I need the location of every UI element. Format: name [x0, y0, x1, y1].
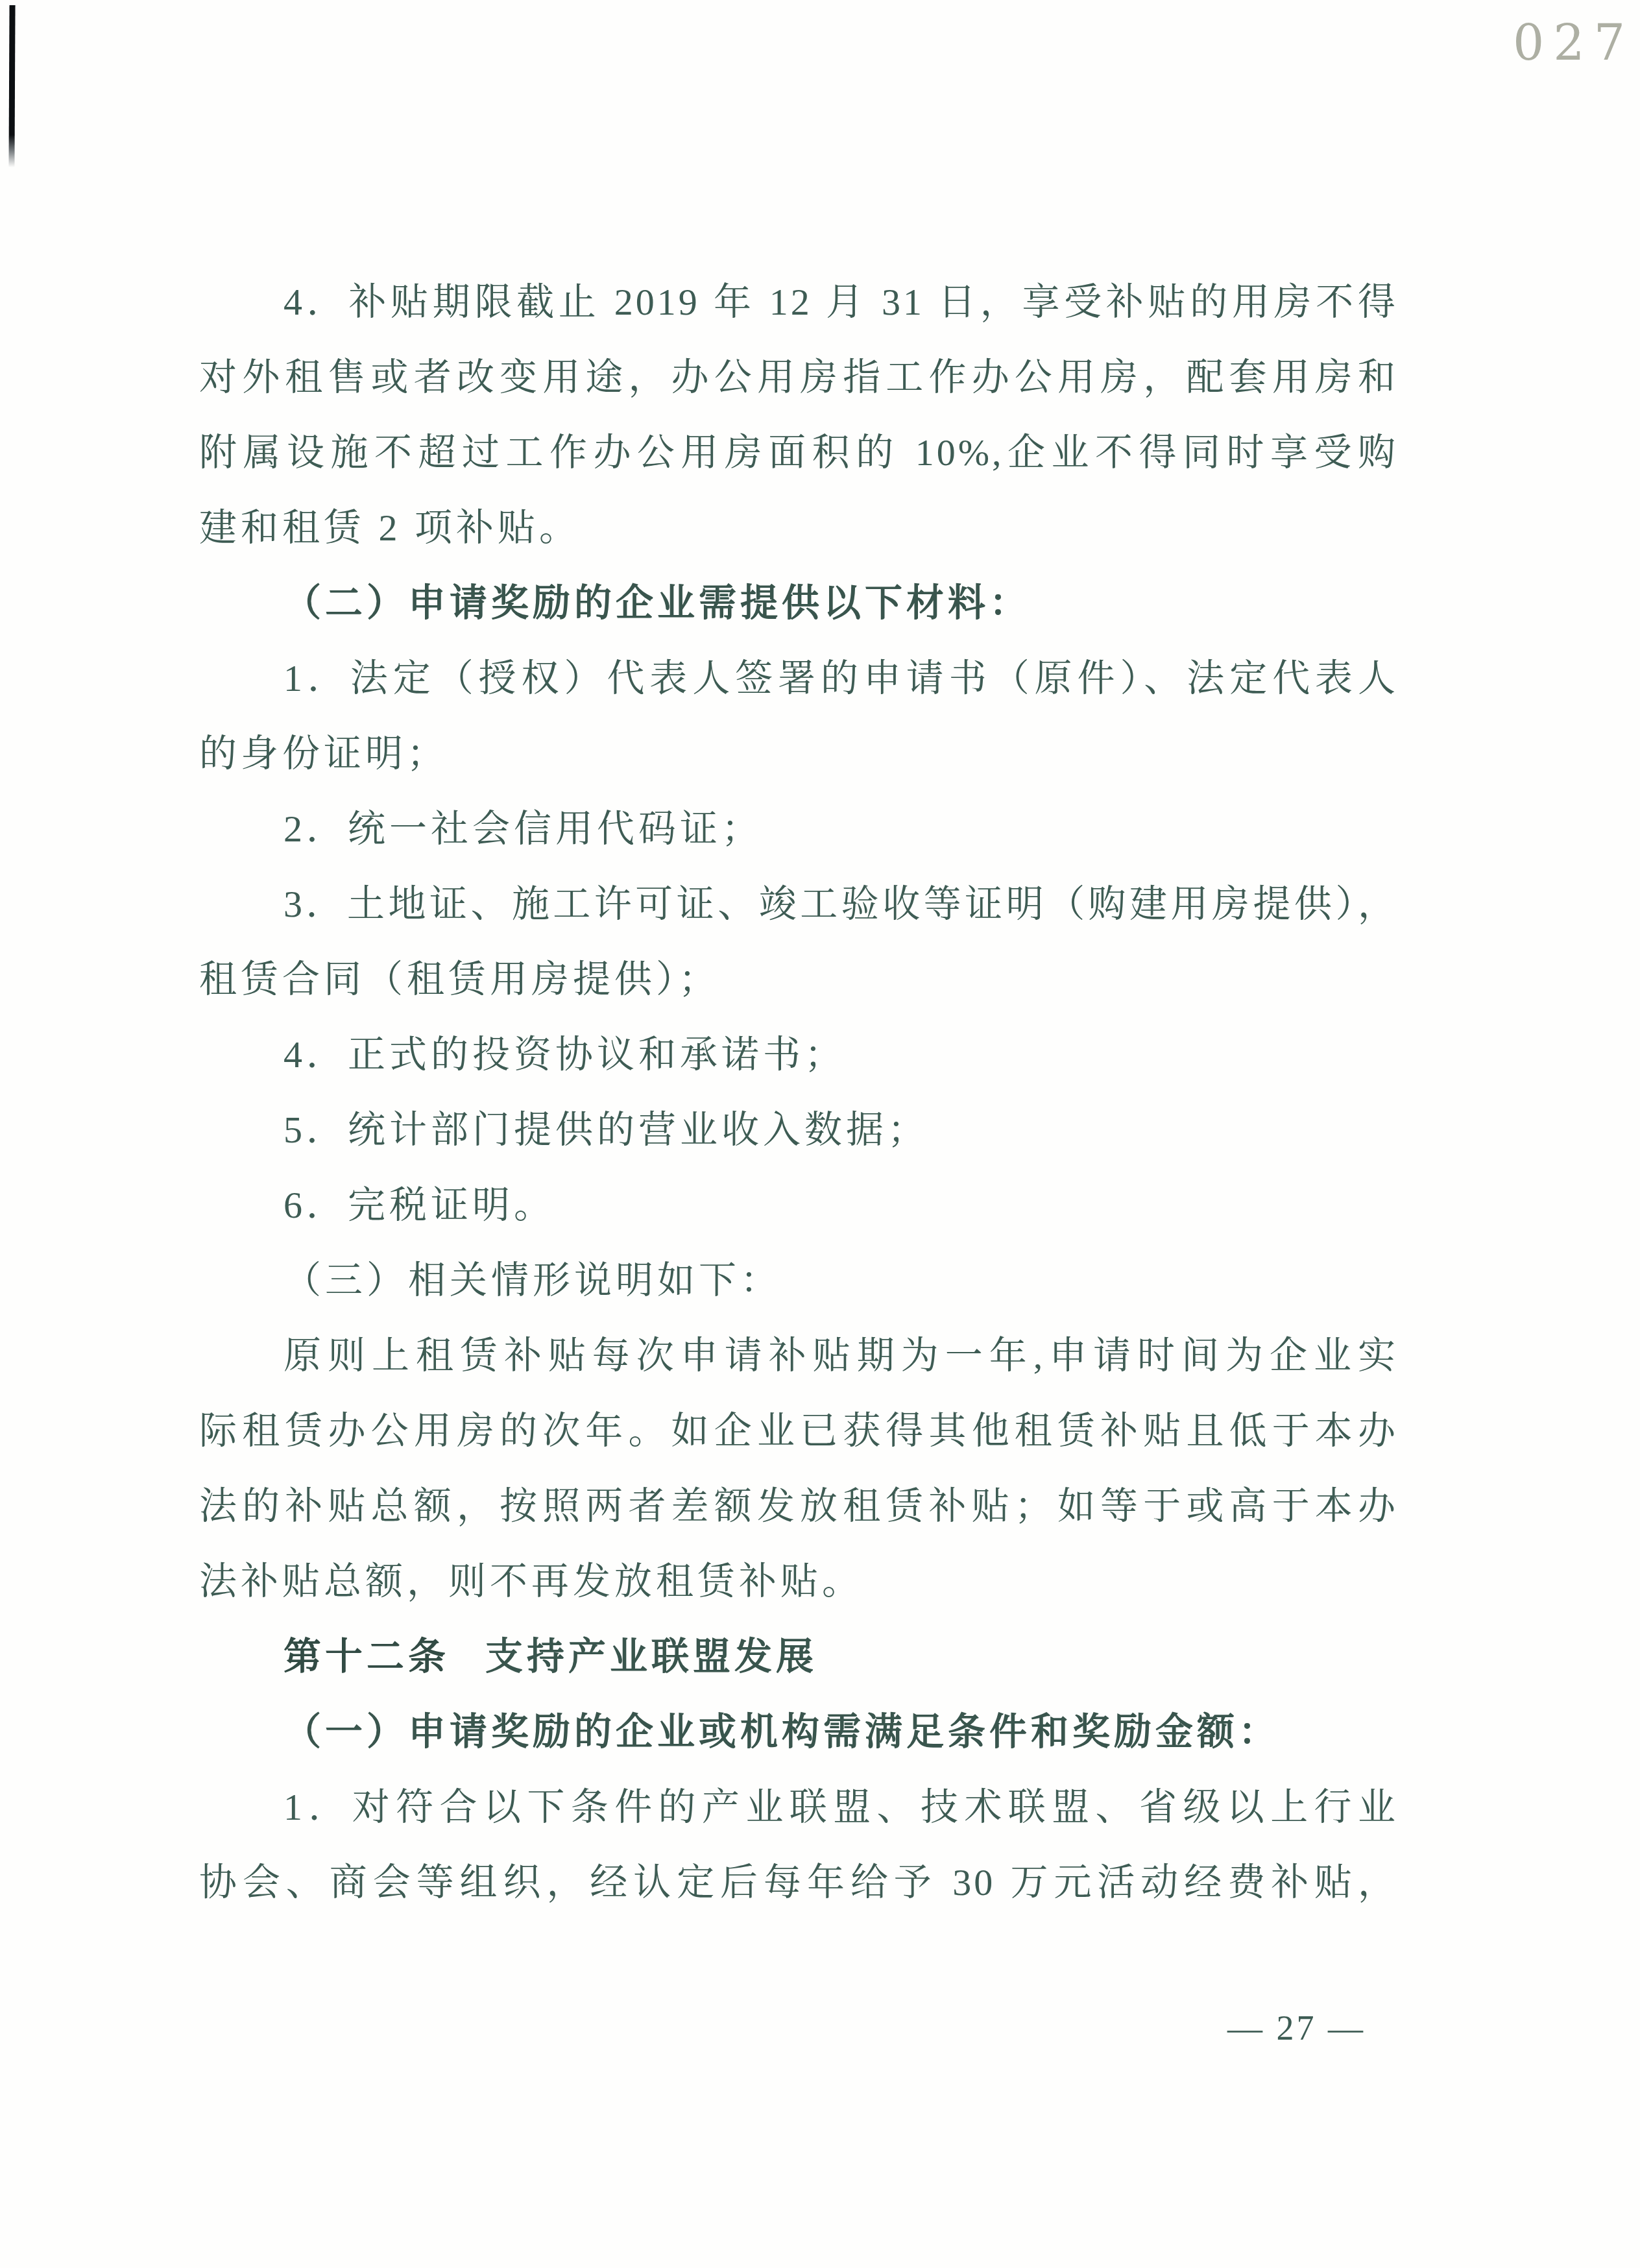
paragraph-line: 际租赁办公用房的次年。如企业已获得其他租赁补贴且低于本办 — [199, 1393, 1398, 1469]
subheading-materials: （二）申请奖励的企业需提供以下材料： — [199, 566, 1398, 641]
list-item-line: 5．统计部门提供的营业收入数据； — [199, 1092, 1398, 1168]
page-number: — 27 — — [1227, 2009, 1366, 2047]
document-page: 027 4．补贴期限截止 2019 年 12 月 31 日，享受补贴的用房不得 … — [0, 0, 1640, 2268]
article-12-title: 支持产业联盟发展 — [485, 1635, 817, 1678]
document-body: 4．补贴期限截止 2019 年 12 月 31 日，享受补贴的用房不得 对外租售… — [199, 265, 1398, 1920]
paragraph-line: 法补贴总额，则不再发放租赁补贴。 — [199, 1544, 1398, 1619]
page-stamp: 027 — [1513, 17, 1634, 69]
subheading-situations: （三）相关情形说明如下： — [199, 1243, 1398, 1318]
paragraph-line: 建和租赁 2 项补贴。 — [199, 490, 1398, 566]
list-item-line: 3．土地证、施工许可证、竣工验收等证明（购建用房提供）， — [199, 867, 1398, 942]
paragraph-line: 对外租售或者改变用途，办公用房指工作办公用房，配套用房和 — [199, 340, 1398, 415]
list-item-line: 6．完税证明。 — [199, 1168, 1398, 1243]
list-item-line: 的身份证明； — [199, 716, 1398, 791]
list-item-line: 1．对符合以下条件的产业联盟、技术联盟、省级以上行业 — [199, 1770, 1398, 1845]
scan-artifact-bar — [8, 5, 15, 167]
paragraph-line: 法的补贴总额，按照两者差额发放租赁补贴；如等于或高于本办 — [199, 1469, 1398, 1544]
list-item-line: 2．统一社会信用代码证； — [199, 791, 1398, 867]
list-item-line: 4．正式的投资协议和承诺书； — [199, 1017, 1398, 1092]
list-item-line: 协会、商会等组织，经认定后每年给予 30 万元活动经费补贴， — [199, 1845, 1398, 1920]
list-item-line: 租赁合同（租赁用房提供）； — [199, 942, 1398, 1017]
paragraph-line: 4．补贴期限截止 2019 年 12 月 31 日，享受补贴的用房不得 — [199, 265, 1398, 340]
list-item-line: 1．法定（授权）代表人签署的申请书（原件）、法定代表人 — [199, 641, 1398, 716]
subheading-conditions: （一）申请奖励的企业或机构需满足条件和奖励金额： — [199, 1695, 1398, 1770]
article-12-number: 第十二条 — [283, 1635, 450, 1678]
paragraph-line: 附属设施不超过工作办公用房面积的 10%,企业不得同时享受购 — [199, 415, 1398, 490]
article-12-heading: 第十二条支持产业联盟发展 — [199, 1619, 1398, 1695]
paragraph-line: 原则上租赁补贴每次申请补贴期为一年,申请时间为企业实 — [199, 1318, 1398, 1393]
